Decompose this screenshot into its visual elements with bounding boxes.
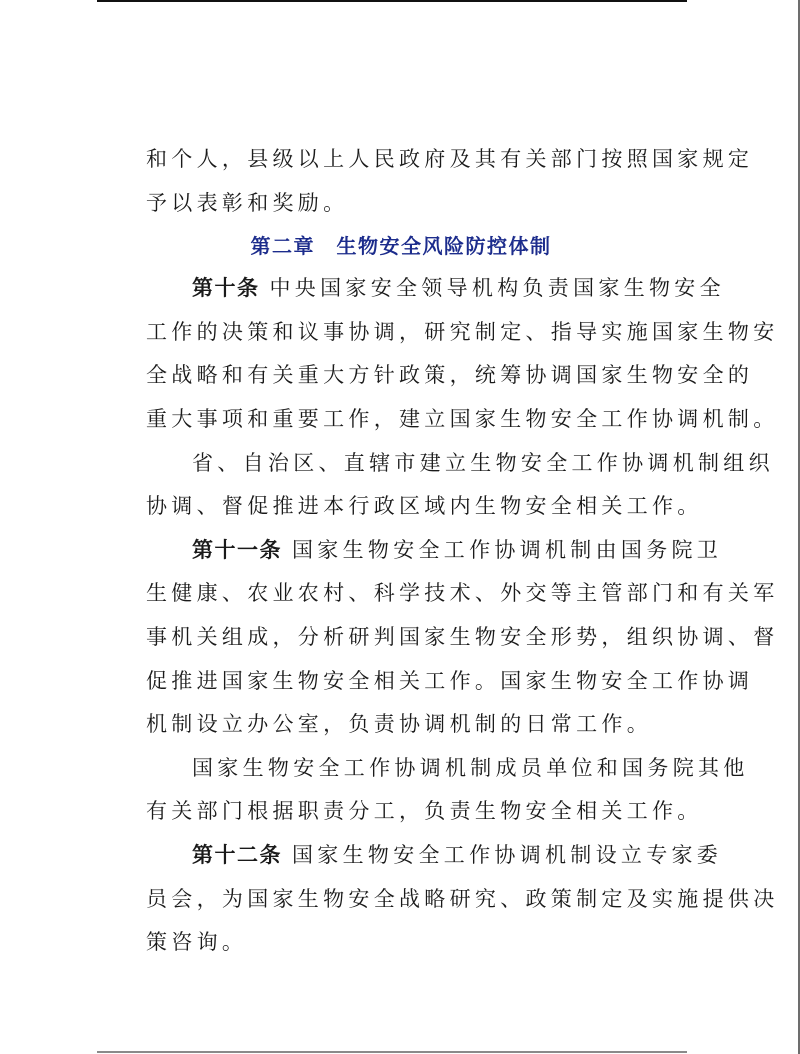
paragraph-first-line: 省、自治区、直辖市建立生物安全工作协调机制组织: [146, 442, 656, 486]
article-10-first-line: 第十条中央国家安全领导机构负责国家生物安全: [146, 267, 656, 311]
text-line: 促推进国家生物安全相关工作。国家生物安全工作协调: [146, 660, 656, 704]
article-text: 国家生物安全工作协调机制由国务院卫: [292, 538, 722, 562]
text-line: 重大事项和重要工作，建立国家生物安全工作协调机制。: [146, 398, 656, 442]
text-line: 员会，为国家生物安全战略研究、政策制定及实施提供决: [146, 878, 656, 922]
article-number: 第十一条: [192, 538, 282, 562]
bottom-rule: [97, 1051, 687, 1053]
chapter-title: 第二章 生物安全风险防控体制: [146, 225, 656, 267]
article-number: 第十条: [192, 276, 260, 300]
paragraph-first-line: 国家生物安全工作协调机制成员单位和国务院其他: [146, 747, 656, 791]
top-rule: [97, 0, 687, 2]
text-line: 全战略和有关重大方针政策，统筹协调国家生物安全的: [146, 354, 656, 398]
text-line: 生健康、农业农村、科学技术、外交等主管部门和有关军: [146, 572, 656, 616]
text-line: 工作的决策和议事协调，研究制定、指导实施国家生物安: [146, 311, 656, 355]
text-line: 事机关组成，分析研判国家生物安全形势，组织协调、督: [146, 616, 656, 660]
article-11-first-line: 第十一条国家生物安全工作协调机制由国务院卫: [146, 529, 656, 573]
text-line: 协调、督促推进本行政区域内生物安全相关工作。: [146, 485, 656, 529]
article-text: 国家生物安全工作协调机制设立专家委: [292, 843, 722, 867]
document-body: 和个人，县级以上人民政府及其有关部门按照国家规定 予以表彰和奖励。 第二章 生物…: [146, 138, 656, 965]
text-line: 策咨询。: [146, 921, 656, 965]
article-number: 第十二条: [192, 843, 282, 867]
text-line: 机制设立办公室，负责协调机制的日常工作。: [146, 703, 656, 747]
article-text: 中央国家安全领导机构负责国家生物安全: [270, 276, 725, 300]
text-line: 有关部门根据职责分工，负责生物安全相关工作。: [146, 790, 656, 834]
article-12-first-line: 第十二条国家生物安全工作协调机制设立专家委: [146, 834, 656, 878]
text-line: 和个人，县级以上人民政府及其有关部门按照国家规定: [146, 138, 656, 182]
text-line: 予以表彰和奖励。: [146, 182, 656, 226]
